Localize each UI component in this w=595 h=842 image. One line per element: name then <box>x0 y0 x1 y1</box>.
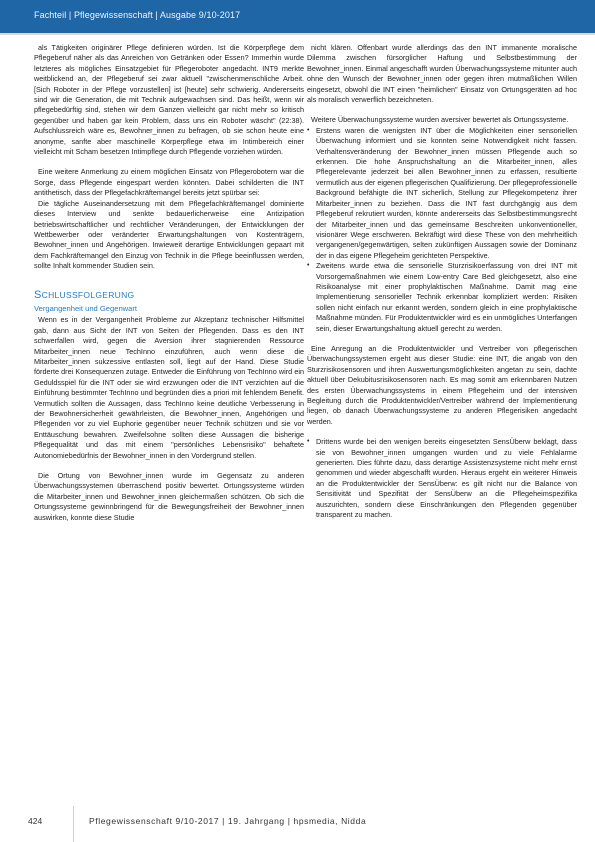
paragraph: als Tätigkeiten originärer Pflege defini… <box>34 43 304 157</box>
header-title: Fachteil | Pflegewissenschaft | Ausgabe … <box>34 10 240 20</box>
running-header: Fachteil | Pflegewissenschaft | Ausgabe … <box>0 0 595 35</box>
paragraph: Eine Anregung an die Produktentwickler u… <box>307 344 577 427</box>
paragraph: Die Ortung von Bewohner_innen wurde im G… <box>34 471 304 523</box>
footer-citation: Pflegewissenschaft 9/10-2017 | 19. Jahrg… <box>89 816 366 826</box>
page-footer: 424 Pflegewissenschaft 9/10-2017 | 19. J… <box>0 812 595 842</box>
right-column: nicht klären. Offenbart wurde allerdings… <box>307 43 577 520</box>
heading-initial: S <box>34 289 42 301</box>
paragraph: Eine weitere Anmerkung zu einem mögliche… <box>34 167 304 198</box>
paragraph: nicht klären. Offenbart wurde allerdings… <box>307 43 577 105</box>
bullet-list: Erstens waren die wenigsten INT über die… <box>307 126 577 334</box>
paragraph: Wenn es in der Vergangenheit Probleme zu… <box>34 315 304 461</box>
list-item: Zweitens wurde etwa die sensorielle Stur… <box>307 261 577 334</box>
page-number: 424 <box>28 816 42 826</box>
list-item: Erstens waren die wenigsten INT über die… <box>307 126 577 261</box>
left-column: als Tätigkeiten originärer Pflege defini… <box>34 43 304 523</box>
bullet-list: Drittens wurde bei den wenigen bereits e… <box>307 437 577 520</box>
section-heading-schlussfolgerung: SCHLUSSFOLGERUNG <box>34 290 304 300</box>
list-item: Drittens wurde bei den wenigen bereits e… <box>307 437 577 520</box>
heading-rest: CHLUSSFOLGERUNG <box>42 290 135 300</box>
footer-divider <box>73 806 74 842</box>
paragraph: Die tägliche Auseinandersetzung mit dem … <box>34 199 304 272</box>
subheading: Vergangenheit und Gegenwart <box>34 304 304 314</box>
paragraph: Weitere Überwachungssysteme wurden avers… <box>307 115 577 125</box>
